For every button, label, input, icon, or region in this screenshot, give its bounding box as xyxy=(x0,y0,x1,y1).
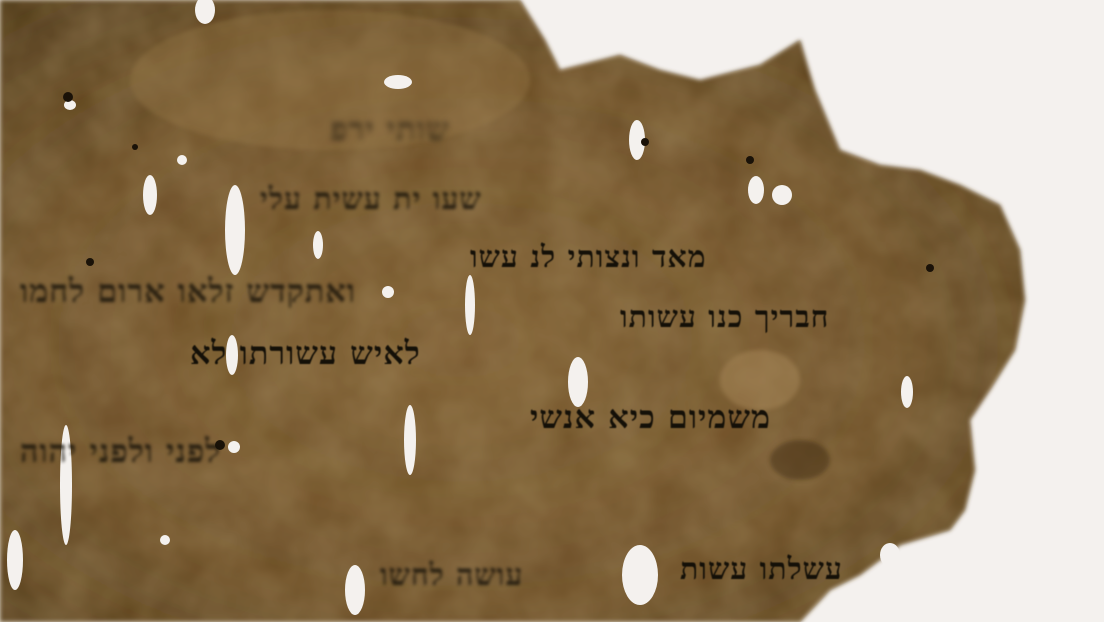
text-line-5: לאיש עשורתו לא xyxy=(190,334,421,372)
text-line-3: ואתקדש זלאו ארום לחמו xyxy=(20,272,356,310)
parchment-fragment xyxy=(0,0,1104,622)
text-line-4: חבריך כנו עשותו xyxy=(620,300,829,335)
text-line-9: עושה לחשו xyxy=(380,558,523,593)
scroll-photo: שעו ית עשית עלי מאד ונצותי לנ עשו ואתקדש… xyxy=(0,0,1104,622)
text-line-6: משמיום כיא אנשי xyxy=(530,398,771,436)
text-line-faded: שותי ירפ xyxy=(330,110,449,148)
text-line-8: עשלתו עשות xyxy=(680,552,843,587)
text-line-2: מאד ונצותי לנ עשו xyxy=(470,240,706,275)
text-line-1: שעו ית עשית עלי xyxy=(260,182,482,217)
text-line-7: לפני ולפני יהוה xyxy=(20,432,221,470)
